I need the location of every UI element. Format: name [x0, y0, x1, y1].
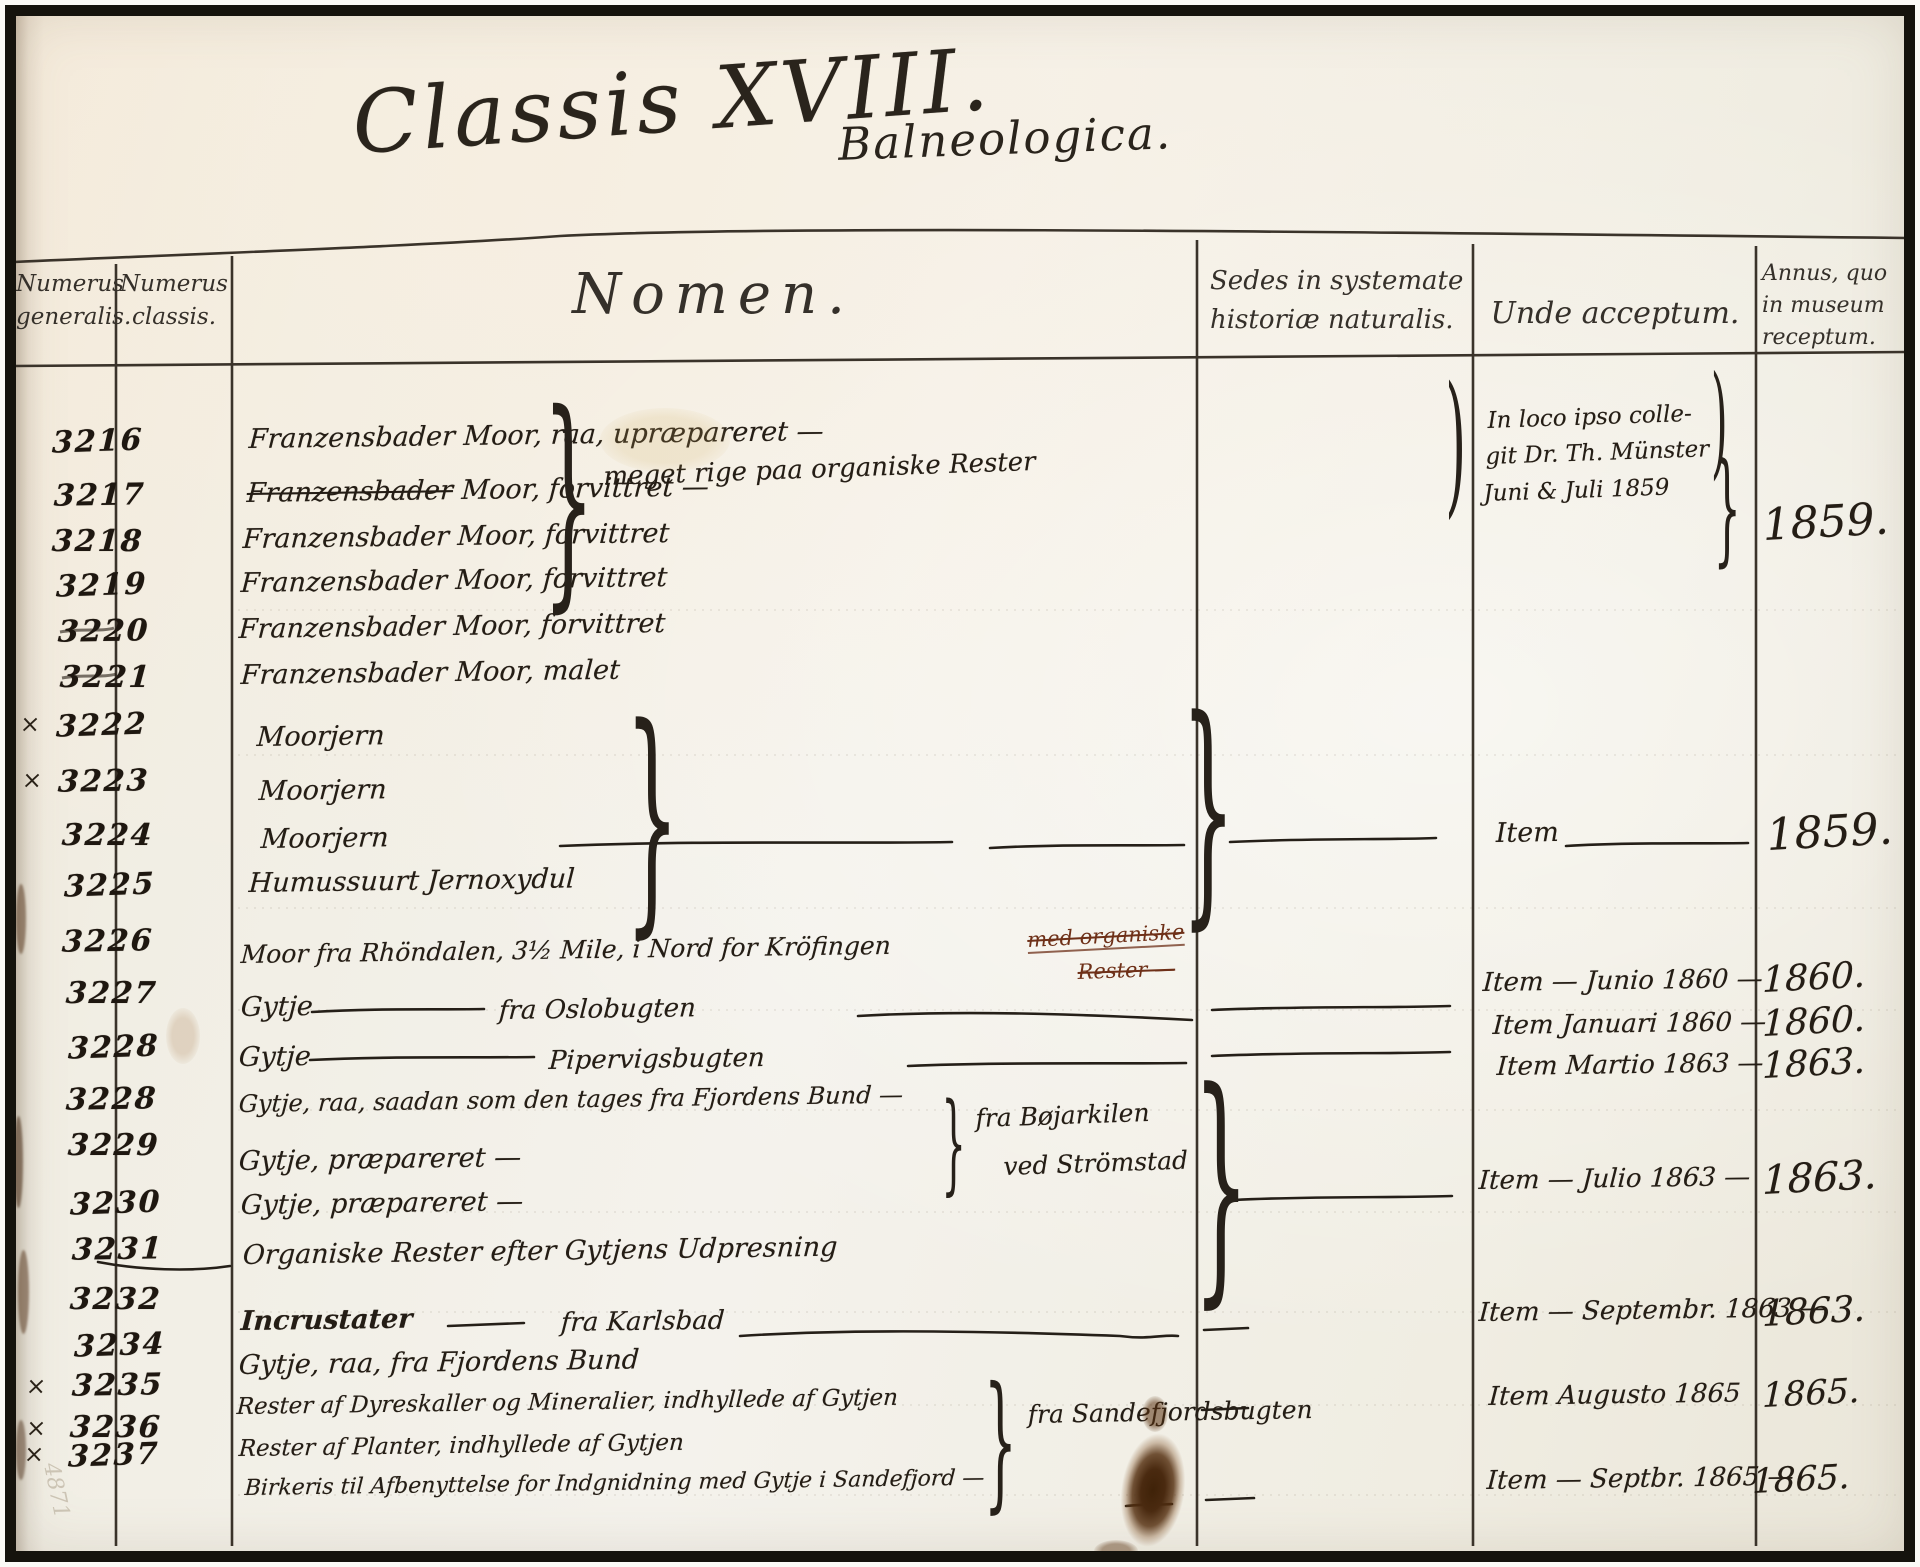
cross-mark: × [19, 710, 41, 738]
catalog-number: 3216 [51, 422, 144, 460]
header-line: in museum [1762, 290, 1912, 322]
unde-acceptum-entry: Item — Junio 1860 — [1482, 964, 1764, 998]
header-numerus-classis: Numerus classis. [118, 268, 230, 334]
item-ditto: Item [1495, 817, 1559, 849]
catalog-number: 3218 [51, 524, 145, 559]
nomen-entry: Moorjern [258, 774, 387, 807]
catalog-number: 3226 [61, 923, 154, 960]
unde-acceptum-entry: Item — Septbr. 1865 — [1486, 1462, 1794, 1496]
header-annus: Annus, quo in museum receptum. [1762, 258, 1912, 354]
cross-mark: × [25, 1372, 47, 1400]
cross-mark: × [21, 766, 43, 794]
brace-glyph: } [941, 1092, 966, 1201]
nomen-entry: Moorjern [260, 822, 389, 855]
nomen-entry-continuation: Pipervigsbugten [548, 1043, 766, 1076]
brace-glyph: } [543, 386, 595, 616]
catalog-number: 3232 [69, 1282, 163, 1317]
annus-value: 1859. [1765, 803, 1893, 861]
nomen-entry: Franzensbader Moor, forvittret [238, 608, 666, 645]
unde-acceptum-entry: Item Augusto 1865 [1488, 1378, 1741, 1412]
unde-acceptum-entry: Item Januari 1860 — [1492, 1007, 1767, 1041]
brace-glyph: } [984, 1367, 1017, 1514]
catalog-number: 3229 [67, 1128, 161, 1163]
nomen-entry: Gytje, raa, fra Fjordens Bund [238, 1344, 640, 1381]
brace-glyph: } [1193, 1061, 1249, 1311]
header-numerus-generalis: Numerus generalis. [16, 268, 114, 334]
catalog-number: 3230 [69, 1184, 162, 1222]
red-ink-note-line: Rester — [1077, 957, 1175, 984]
nomen-entry-continuation: fra Oslobugten [498, 993, 697, 1026]
nomen-entry: Gytje, præpareret — [240, 1186, 524, 1221]
annus-value: 1860. [1762, 955, 1866, 1001]
annus-value: 1865. [1762, 1371, 1860, 1416]
nomen-entry: Humussuurt Jernoxydul [248, 863, 576, 899]
annus-value: 1863. [1762, 1041, 1866, 1087]
locality-note: fra Sandefjordsbugten [1027, 1395, 1312, 1429]
locality-note-line: fra Bøjarkilen [975, 1098, 1150, 1133]
catalog-number: 3237 [67, 1436, 160, 1474]
catalog-number: 3219 [55, 566, 148, 604]
nomen-entry: Gytje, præpareret — [238, 1142, 522, 1177]
catalog-number: 3223 [57, 763, 150, 800]
header-line: classis. [118, 301, 230, 334]
annus-value: 1860. [1762, 999, 1866, 1045]
nomen-entry: Gytje [240, 991, 314, 1023]
header-line: receptum. [1762, 322, 1912, 354]
header-sedes: Sedes in systemate historiæ naturalis. [1202, 262, 1478, 340]
header-line: historiæ naturalis. [1210, 301, 1478, 340]
annus-value: 1863. [1762, 1289, 1866, 1335]
brace-glyph: } [1714, 448, 1741, 570]
catalog-number: 3217 [53, 477, 146, 514]
header-line: generalis. [16, 301, 114, 334]
nomen-struck-word: Franzensbader [246, 475, 454, 509]
header-line: Sedes in systemate [1210, 262, 1478, 301]
nomen-entry: Franzensbader Moor, malet [240, 655, 621, 691]
catalog-number: 3228 [67, 1028, 160, 1066]
catalog-number: 3225 [63, 866, 156, 904]
nomen-entry-continuation: fra Karlsbad [560, 1306, 725, 1338]
header-line: Annus, quo [1762, 258, 1912, 290]
catalog-number: 3221 [59, 660, 153, 695]
nomen-entry: Moorjern [256, 720, 385, 753]
brace-glyph: } [1181, 691, 1235, 934]
nomen-entry: Incrustater [240, 1304, 413, 1337]
annus-value: 1865. [1752, 1457, 1850, 1502]
catalog-number: 3228 [65, 1081, 158, 1118]
catalog-number: 3231 [71, 1231, 164, 1268]
catalog-number: 3224 [61, 818, 155, 853]
brace-glyph: } [625, 699, 679, 942]
catalog-number: 3220 [57, 613, 150, 650]
ledger-scan: Classis XVIII. Balneologica. [0, 0, 1920, 1567]
catalog-number: 3234 [73, 1326, 166, 1364]
annus-value: 1859. [1761, 493, 1889, 551]
nomen-entry: Franzensbader Moor, forvittret [242, 518, 670, 555]
header-unde-acceptum: Unde acceptum. [1476, 296, 1754, 331]
catalog-number: 3227 [65, 976, 159, 1011]
nomen-entry: Gytje [238, 1041, 312, 1073]
catalog-number: 3235 [71, 1367, 164, 1404]
unde-acceptum-entry: Item — Julio 1863 — [1478, 1162, 1751, 1196]
header-line: Numerus [16, 268, 114, 301]
catalog-number: 3222 [55, 706, 148, 744]
nomen-entry: Franzensbader Moor, forvittret [240, 562, 668, 599]
unde-acceptum-entry: Item Martio 1863 — [1496, 1048, 1764, 1082]
header-nomen: Nomen. [232, 262, 1195, 327]
header-line: Numerus [118, 268, 230, 301]
annus-value: 1863. [1762, 1152, 1877, 1204]
cross-mark: × [25, 1414, 47, 1442]
brace-glyph: ) [1445, 368, 1466, 522]
